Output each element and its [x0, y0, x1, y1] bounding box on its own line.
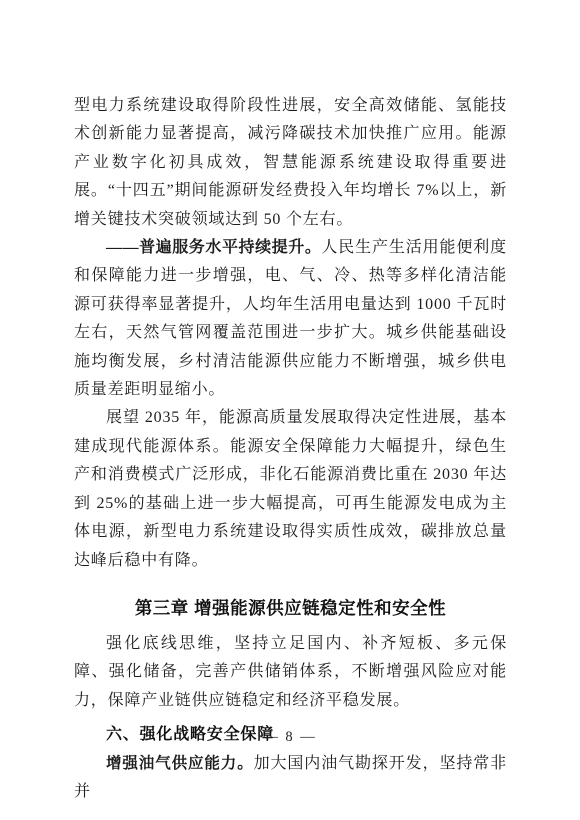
paragraph-technology-progress: 型电力系统建设取得阶段性进展，安全高效储能、氢能技术创新能力显著提高，减污降碳技… — [74, 92, 507, 234]
chapter-heading: 第三章 增强能源供应链稳定性和安全性 — [74, 596, 507, 620]
paragraph-lead-oil-gas-supply: 增强油气供应能力。 — [106, 755, 254, 772]
paragraph-universal-service: ——普遍服务水平持续提升。人民生产生活用能便利度和保障能力进一步增强，电、气、冷… — [74, 234, 507, 404]
paragraph-outlook-2035: 展望 2035 年，能源高质量发展取得决定性进展，基本建成现代能源体系。能源安全… — [74, 404, 507, 574]
paragraph-lead-universal-service: ——普遍服务水平持续提升。 — [106, 239, 321, 256]
paragraph-chapter-intro: 强化底线思维，坚持立足国内、补齐短板、多元保障、强化储备，完善产供储销体系，不断… — [74, 630, 507, 715]
paragraph-oil-gas-supply: 增强油气供应能力。加大国内油气勘探开发，坚持常非并 — [74, 750, 507, 807]
page-number: — 8 — — [0, 729, 580, 746]
document-body: 型电力系统建设取得阶段性进展，安全高效储能、氢能技术创新能力显著提高，减污降碳技… — [74, 92, 507, 806]
paragraph-body-universal-service: 人民生产生活用能便利度和保障能力进一步增强，电、气、冷、热等多样化清洁能源可获得… — [74, 239, 507, 398]
document-page: 型电力系统建设取得阶段性进展，安全高效储能、氢能技术创新能力显著提高，减污降碳技… — [0, 0, 580, 820]
